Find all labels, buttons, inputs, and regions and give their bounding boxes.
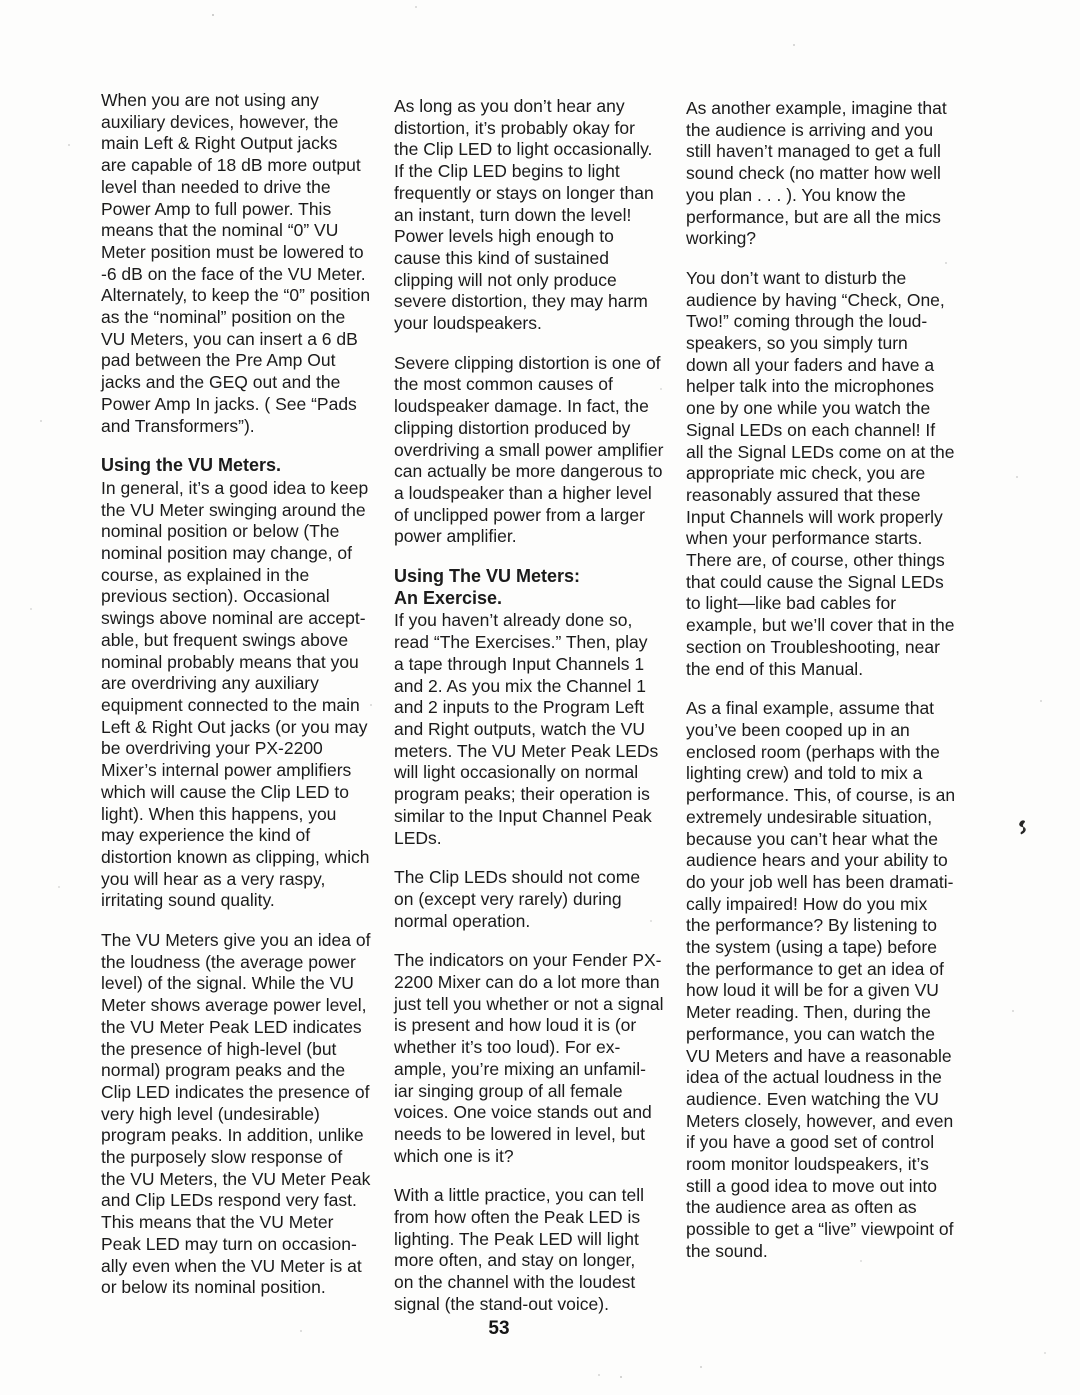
stray-ink-mark xyxy=(1014,818,1030,842)
body-paragraph: As a final example, assume that you’ve b… xyxy=(686,698,986,1262)
body-paragraph: In general, it’s a good idea to keep the… xyxy=(101,478,401,912)
body-paragraph: If you haven’t already done so, read “Th… xyxy=(394,610,694,849)
body-paragraph: You don’t want to disturb the audience b… xyxy=(686,268,986,680)
scanned-manual-page: When you are not using any auxiliary dev… xyxy=(0,0,1080,1395)
heading-using-the-vu-meters-an-exercise: Using The VU Meters: An Exercise. xyxy=(394,566,694,609)
text-column-center: As long as you don’t hear any distortion… xyxy=(394,96,694,1334)
body-paragraph: The VU Meters give you an idea of the lo… xyxy=(101,930,401,1299)
body-paragraph: With a little practice, you can tell fro… xyxy=(394,1185,694,1315)
body-paragraph: When you are not using any auxiliary dev… xyxy=(101,90,401,437)
body-paragraph: As long as you don’t hear any distortion… xyxy=(394,96,694,335)
text-column-right: As another example, imagine that the aud… xyxy=(686,98,986,1281)
heading-using-the-vu-meters: Using the VU Meters. xyxy=(101,455,401,477)
text-column-left: When you are not using any auxiliary dev… xyxy=(101,90,401,1317)
body-paragraph: The Clip LEDs should not come on (except… xyxy=(394,867,694,932)
page-number: 53 xyxy=(394,1318,604,1340)
body-paragraph: Severe clipping distortion is one of the… xyxy=(394,353,694,548)
body-paragraph: The indicators on your Fender PX- 2200 M… xyxy=(394,950,694,1167)
scan-noise-specks xyxy=(0,0,2,2)
body-paragraph: As another example, imagine that the aud… xyxy=(686,98,986,250)
